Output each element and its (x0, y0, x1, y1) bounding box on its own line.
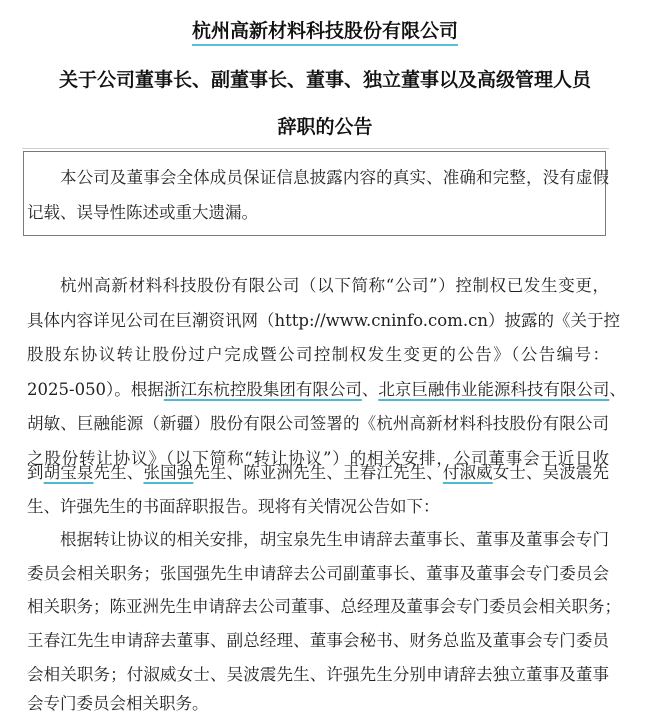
text: 2025-050）。根据 (27, 380, 164, 399)
person-link-hu-baoquan[interactable]: 胡宝泉 (44, 463, 94, 482)
para2-line-6: 会专门委员会相关职务。 (27, 692, 609, 714)
person-link-fu-shuwei[interactable]: 付淑威 (443, 463, 493, 482)
text: 先生、陈亚洲先生、王春江先生、 (193, 463, 443, 482)
text: 、 (609, 380, 626, 399)
para1-line-7: 到胡宝泉先生、张国强先生、陈亚洲先生、王春江先生、付淑威女士、吴波震先 (27, 461, 609, 485)
para1-line-1: 杭州高新材料科技股份有限公司（以下简称“公司”）控制权已发生变更， (60, 274, 609, 298)
header-divider (22, 148, 609, 149)
para2-line-5: 会相关职务；付淑威女士、吴波震先生、许强先生分别申请辞去独立董事及董事 (27, 663, 609, 687)
person-link-zhang-guoqiang[interactable]: 张国强 (143, 463, 193, 482)
para1-line-4: 2025-050）。根据浙江东杭控股集团有限公司、北京巨融伟业能源科技有限公司、 (27, 378, 609, 402)
announcement-title-line-1: 关于公司董事长、副董事长、董事、独立董事以及高级管理人员 (0, 65, 650, 92)
para1-line-2: 具体内容详见公司在巨潮资讯网（http://www.cninfo.com.cn）… (27, 309, 609, 333)
para1-line-5: 胡敏、巨融能源（新疆）股份有限公司签署的《杭州高新材料科技股份有限公司 (27, 412, 609, 436)
para2-line-4: 王春江先生申请辞去董事、副总经理、董事会秘书、财务总监及董事会专门委员 (27, 629, 609, 653)
text: 到 (27, 463, 44, 482)
para2-line-1: 根据转让协议的相关安排，胡宝泉先生申请辞去董事长、董事及董事会专门 (60, 528, 609, 552)
entity-link-zhejiang-donghang[interactable]: 浙江东杭控股集团有限公司 (164, 380, 362, 399)
announcement-title-line-2: 辞职的公告 (0, 112, 650, 139)
disclaimer-line-1: 本公司及董事会全体成员保证信息披露内容的真实、准确和完整，没有虚假 (60, 166, 609, 190)
para1-line-3: 股股东协议转让股份过户完成暨公司控制权发生变更的公告》（公告编号： (27, 343, 609, 367)
text: 、 (362, 380, 379, 399)
para2-line-3: 相关职务；陈亚洲先生申请辞去公司董事、总经理及董事会专门委员会相关职务； (27, 595, 609, 619)
text: 先生、 (94, 463, 144, 482)
text: 女士、吴波震先 (493, 463, 609, 482)
company-name-heading: 杭州高新材料科技股份有限公司 (0, 16, 650, 43)
company-name: 杭州高新材料科技股份有限公司 (192, 20, 458, 46)
disclaimer-line-2: 记载、误导性陈述或重大遗漏。 (27, 201, 609, 225)
para1-line-8: 生、许强先生的书面辞职报告。现将有关情况公告如下： (27, 495, 609, 519)
para2-line-2: 委员会相关职务；张国强先生申请辞去公司副董事长、董事及董事会专门委员会 (27, 562, 609, 586)
entity-link-beijing-jurong[interactable]: 北京巨融伟业能源科技有限公司 (378, 380, 609, 399)
